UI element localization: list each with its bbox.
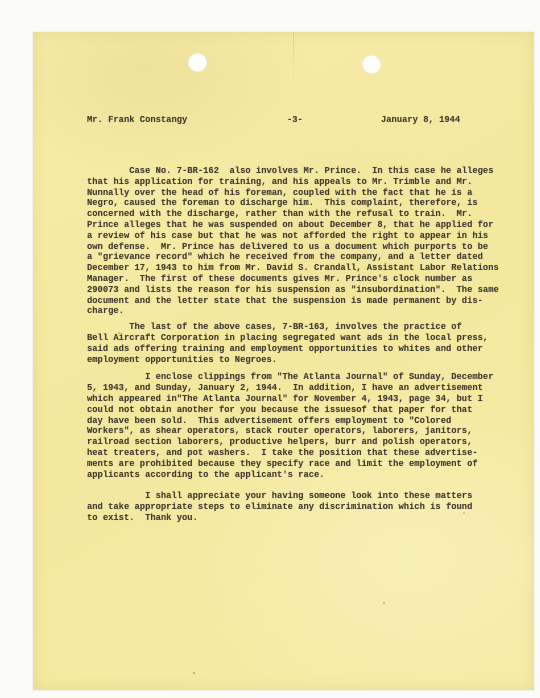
punch-hole-right (362, 55, 381, 74)
paragraph-closing: I shall appreciate your having someone l… (87, 491, 527, 523)
paragraph-enclosed-clippings: I enclose clippings from "The Atlanta Jo… (87, 372, 527, 480)
paragraph-case-7-br-163: The last of the above cases, 7-BR-163, i… (87, 322, 527, 365)
page-number: -3- (287, 115, 303, 126)
letter-page: Mr. Frank Constangy -3- January 8, 1944 … (33, 32, 534, 690)
paper-crease (293, 32, 294, 86)
recipient-name: Mr. Frank Constangy (87, 115, 187, 126)
paragraph-case-7-br-162: Case No. 7-BR-162 also involves Mr. Prin… (87, 166, 527, 317)
paper-speck (383, 602, 385, 604)
scan-background: Mr. Frank Constangy -3- January 8, 1944 … (0, 0, 540, 698)
punch-hole-left (188, 53, 207, 72)
letter-content: Mr. Frank Constangy -3- January 8, 1944 … (87, 115, 527, 524)
letter-date: January 8, 1944 (381, 115, 460, 126)
letter-header: Mr. Frank Constangy -3- January 8, 1944 (87, 115, 527, 126)
paper-speck (193, 672, 195, 674)
